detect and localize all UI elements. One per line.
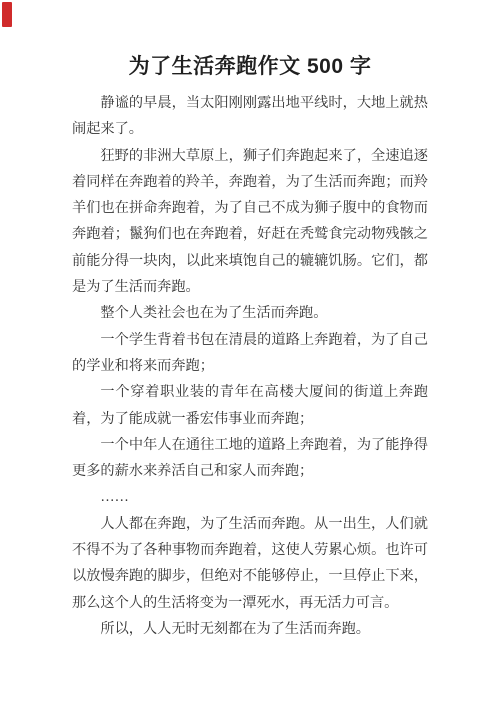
essay-paragraph: 静谧的早晨，当太阳刚刚露出地平线时，大地上就热闹起来了。 bbox=[72, 90, 428, 143]
essay-paragraph: 一个学生背着书包在清晨的道路上奔跑着，为了自己的学业和将来而奔跑； bbox=[72, 327, 428, 380]
essay-paragraph: 所以，人人无时无刻都在为了生活而奔跑。 bbox=[72, 616, 428, 642]
essay-body: 静谧的早晨，当太阳刚刚露出地平线时，大地上就热闹起来了。狂野的非洲大草原上，狮子… bbox=[72, 90, 428, 642]
document-page: 为了生活奔跑作文 500 字 静谧的早晨，当太阳刚刚露出地平线时，大地上就热闹起… bbox=[0, 0, 500, 707]
essay-paragraph: …… bbox=[72, 484, 428, 510]
red-corner-mark bbox=[2, 2, 12, 27]
essay-paragraph: 狂野的非洲大草原上，狮子们奔跑起来了，全速追逐着同样在奔跑着的羚羊，奔跑着，为了… bbox=[72, 143, 428, 301]
essay-title: 为了生活奔跑作文 500 字 bbox=[40, 52, 460, 82]
essay-paragraph: 人人都在奔跑，为了生活而奔跑。从一出生，人们就不得不为了各种事物而奔跑着，这使人… bbox=[72, 511, 428, 616]
essay-paragraph: 一个中年人在通往工地的道路上奔跑着，为了能挣得更多的薪水来养活自己和家人而奔跑； bbox=[72, 432, 428, 485]
essay-paragraph: 整个人类社会也在为了生活而奔跑。 bbox=[72, 300, 428, 326]
essay-paragraph: 一个穿着职业装的青年在高楼大厦间的街道上奔跑着，为了能成就一番宏伟事业而奔跑； bbox=[72, 379, 428, 432]
